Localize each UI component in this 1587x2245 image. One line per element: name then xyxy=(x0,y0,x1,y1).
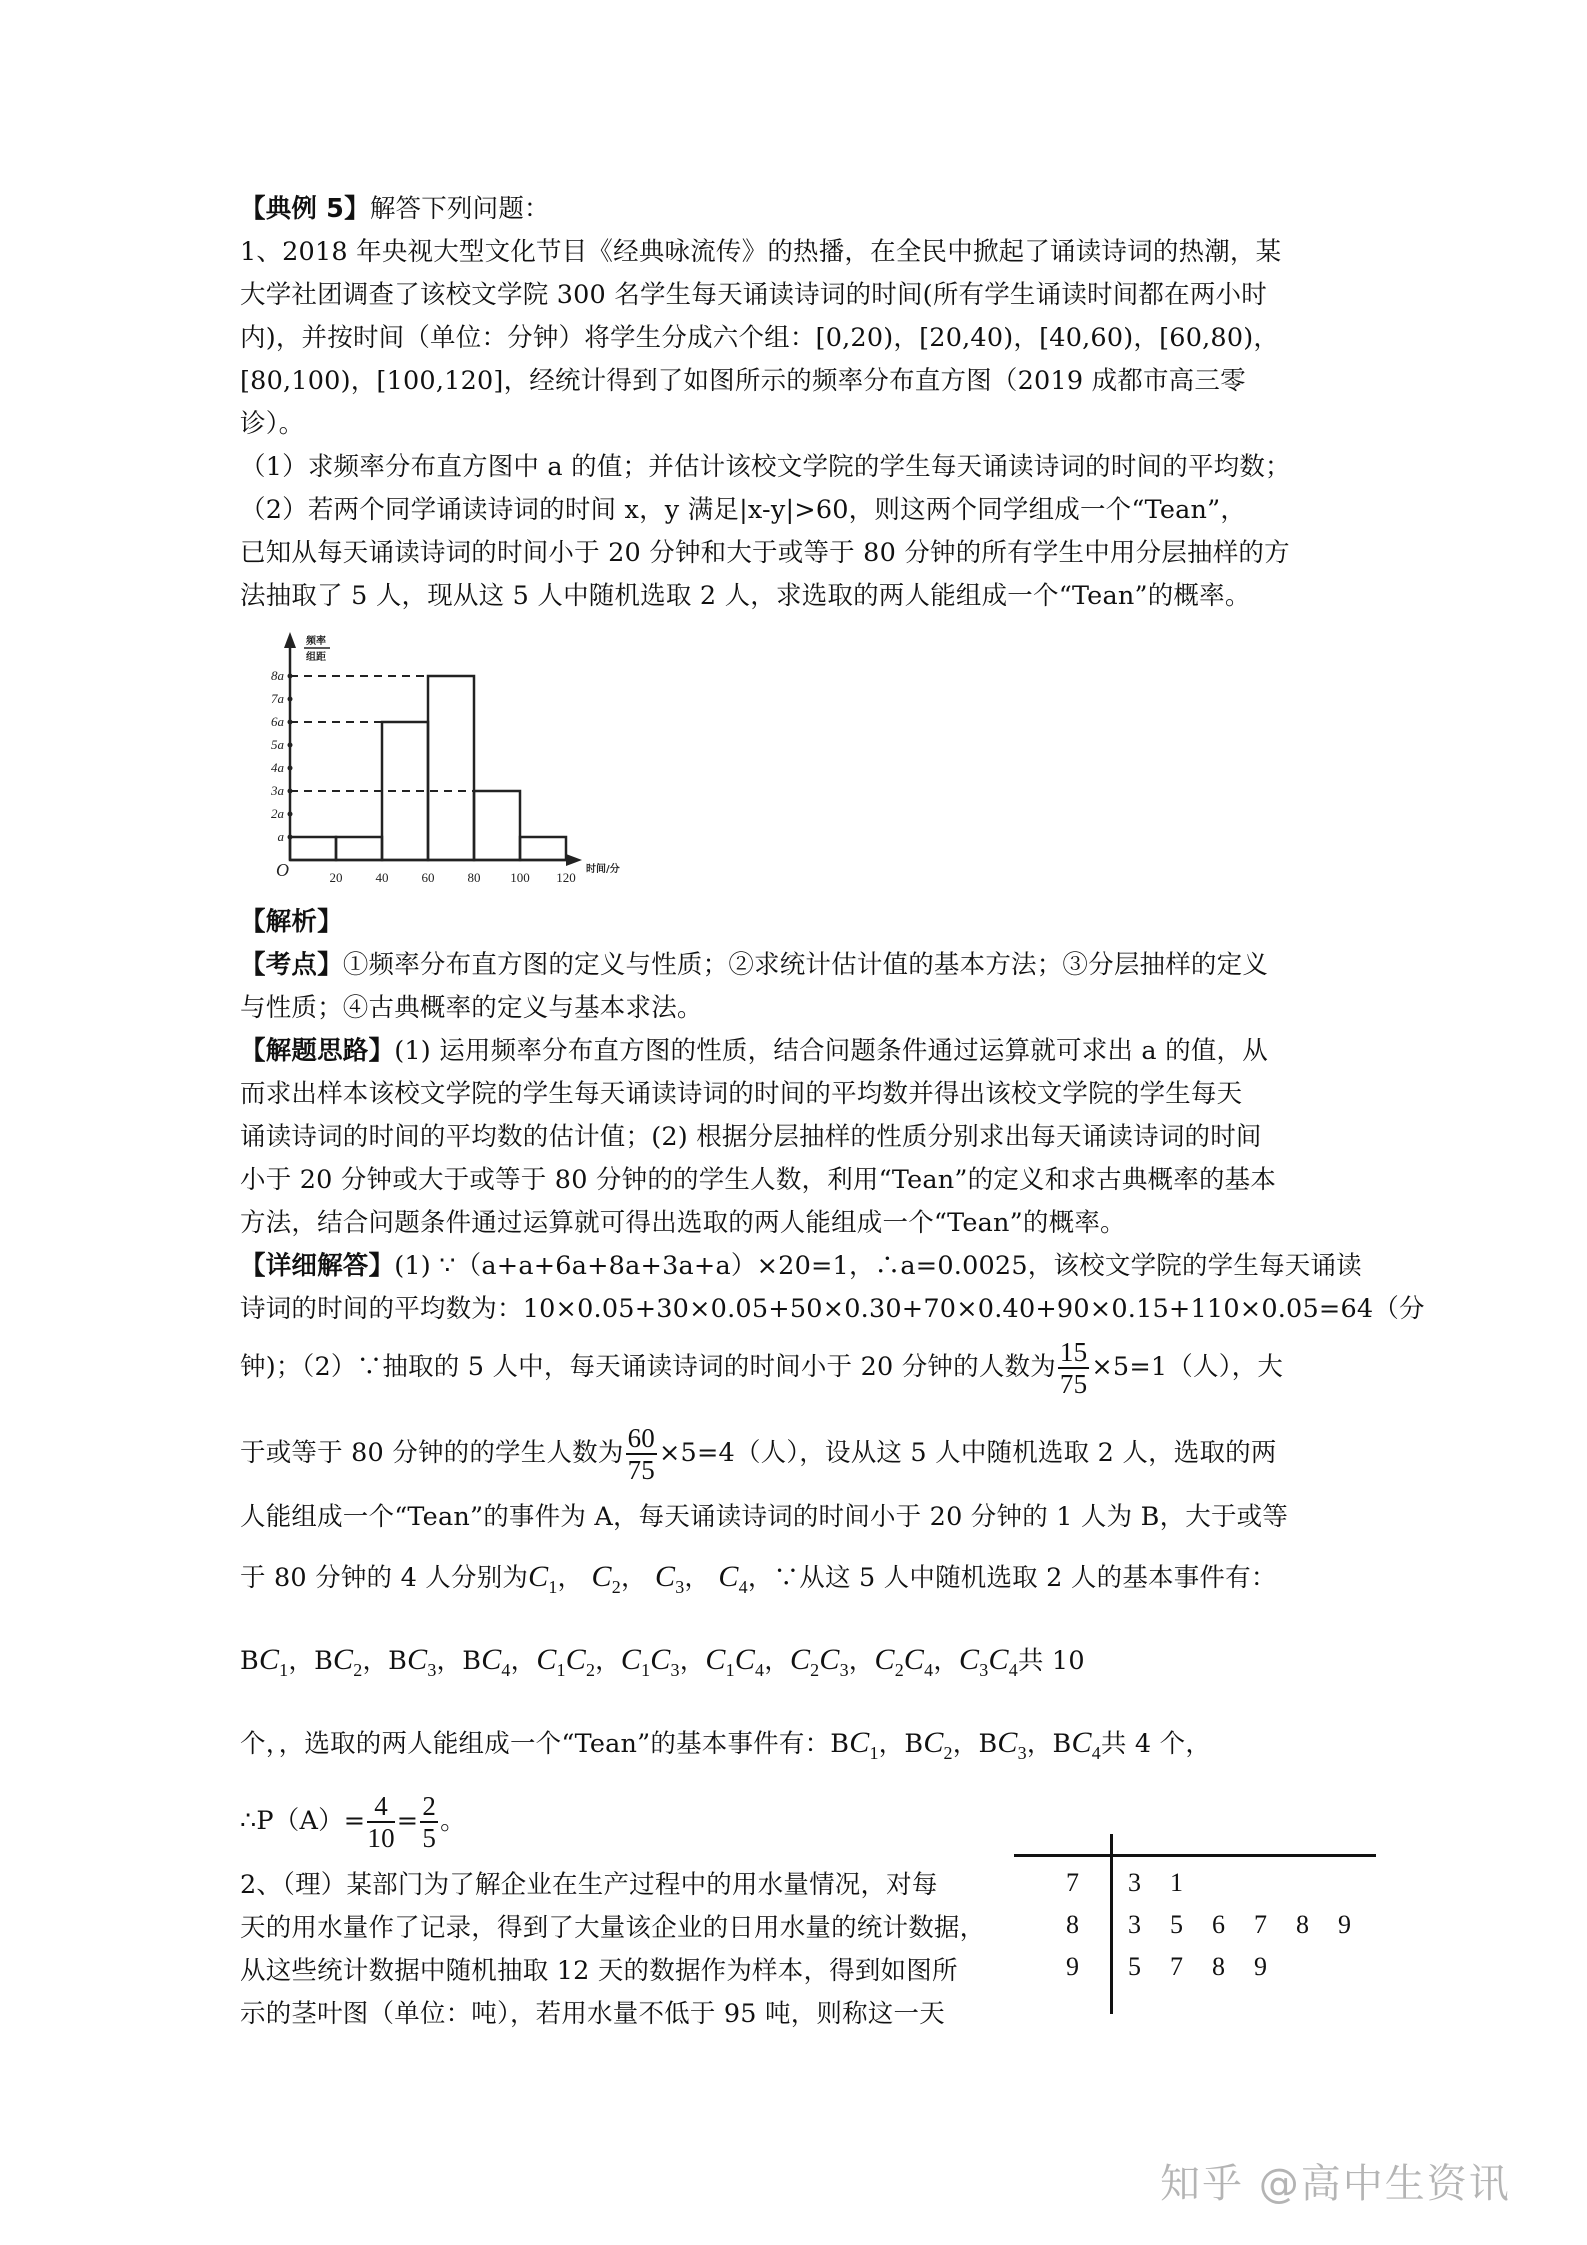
svg-text:O: O xyxy=(276,860,289,880)
denominator: 10 xyxy=(367,1823,394,1853)
jieda-line: 钟)；（2）∵抽取的 5 人中，每天诵读诗词的时间小于 20 分钟的人数为157… xyxy=(240,1332,1283,1402)
example-instruction: 解答下列问题： xyxy=(370,194,550,224)
histogram-bar xyxy=(336,837,382,860)
problem1-line: [80,100)，[100,120]，经统计得到了如图所示的频率分布直方图（20… xyxy=(240,364,1246,398)
analysis-heading: 【解析】 xyxy=(240,905,343,939)
events-tean-list: BC1，BC2，BC3，BC4 xyxy=(830,1729,1101,1759)
basic-event: BC3 xyxy=(978,1729,1026,1759)
prob-label: ∴P（A）= xyxy=(240,1806,365,1836)
y-tick-label: 6a xyxy=(271,714,285,729)
jieda-tag: 【详细解答】 xyxy=(240,1251,394,1281)
equals-sign: = xyxy=(397,1806,419,1836)
basic-event: C2C3 xyxy=(790,1646,849,1676)
x-tick-label: 20 xyxy=(330,870,343,885)
silu-line: 而求出样本该校文学院的学生每天诵读诗词的时间的平均数并得出该校文学院的学生每天 xyxy=(240,1077,1242,1111)
kaodian-line: 【考点】①频率分布直方图的定义与性质；②求统计估计值的基本方法；③分层抽样的定义 xyxy=(240,948,1268,982)
denominator: 75 xyxy=(1058,1369,1089,1399)
leaf-value: 7 xyxy=(1170,1952,1183,1982)
svg-text:频率: 频率 xyxy=(306,634,326,647)
jieda-text: 个，，选取的两人能组成一个“Tean”的基本事件有： xyxy=(240,1729,830,1759)
basic-event: C1C4 xyxy=(705,1646,764,1676)
basic-event: BC1 xyxy=(830,1729,878,1759)
jieda-text: (1) ∵（a+a+6a+8a+3a+a）×20=1，∴a=0.0025，该校文… xyxy=(394,1251,1362,1281)
kaodian-line: 与性质；④古典概率的定义与基本求法。 xyxy=(240,991,703,1025)
numerator: 4 xyxy=(367,1791,394,1823)
leaf-value: 8 xyxy=(1212,1952,1225,1982)
leaf-value: 3 xyxy=(1128,1868,1141,1898)
probability-line: ∴P（A）=410=25。 xyxy=(240,1786,466,1856)
histogram-bar xyxy=(290,837,336,860)
numerator: 60 xyxy=(626,1423,657,1455)
c-label: C4 xyxy=(718,1560,747,1593)
events-count: 共 4 个， xyxy=(1101,1729,1211,1759)
question-1: （1）求频率分布直方图中 a 的值；并估计该校文学院的学生每天诵读诗词的时间的平… xyxy=(240,450,1291,484)
x-tick-label: 80 xyxy=(468,870,481,885)
frequency-histogram: a2a3a4a5a6a7a8a 20406080100120 O 频率 组距 时… xyxy=(240,620,620,900)
stem-leaf-hline xyxy=(1014,1854,1376,1857)
x-tick-label: 40 xyxy=(376,870,389,885)
silu-line: 小于 20 分钟或大于或等于 80 分钟的的学生人数，利用“Tean”的定义和求… xyxy=(240,1163,1276,1197)
leaf-value: 1 xyxy=(1170,1868,1183,1898)
watermark: 知乎 @高中生资讯 xyxy=(1160,2152,1511,2209)
jieda-line: 人能组成一个“Tean”的事件为 A，每天诵读诗词的时间小于 20 分钟的 1 … xyxy=(240,1500,1288,1534)
events-count: 共 10 xyxy=(1018,1646,1085,1676)
stem-leaf-plot: 731835678995789 xyxy=(1008,1846,1388,2016)
basic-event: C2C4 xyxy=(875,1646,934,1676)
c-label: C2 xyxy=(592,1560,621,1593)
stem-leaf-vline xyxy=(1110,1834,1113,2014)
denominator: 5 xyxy=(420,1823,438,1853)
denominator: 75 xyxy=(626,1455,657,1485)
x-tick-label: 60 xyxy=(422,870,435,885)
problem2-line: 天的用水量作了记录，得到了大量该企业的日用水量的统计数据， xyxy=(240,1911,985,1945)
leaf-value: 3 xyxy=(1128,1910,1141,1940)
x-tick-label: 100 xyxy=(510,870,530,885)
events-all-list: BC1，BC2，BC3，BC4，C1C2，C1C3，C1C4，C2C3，C2C4… xyxy=(240,1646,1018,1676)
stem-value: 9 xyxy=(1066,1952,1079,1982)
histogram-bar xyxy=(474,791,520,860)
basic-event: BC4 xyxy=(1053,1729,1101,1759)
example-header: 【典例 5】解答下列问题： xyxy=(240,192,550,226)
y-tick-label: 5a xyxy=(271,737,285,752)
basic-event: BC2 xyxy=(904,1729,952,1759)
basic-event: BC2 xyxy=(314,1646,362,1676)
basic-event: C1C2 xyxy=(536,1646,595,1676)
problem1-line: 诊）。 xyxy=(240,407,304,441)
jieda-text: ×5=1（人），大 xyxy=(1091,1352,1283,1382)
events-all-line: BC1，BC2，BC3，BC4，C1C2，C1C3，C1C4，C2C3，C2C4… xyxy=(240,1643,1085,1687)
silu-line: 【解题思路】(1) 运用频率分布直方图的性质，结合问题条件通过运算就可求出 a … xyxy=(240,1034,1268,1068)
basic-event: C3C4 xyxy=(959,1646,1018,1676)
jieda-text: ，∵从这 5 人中随机选取 2 人的基本事件有： xyxy=(748,1563,1277,1593)
histogram-bar xyxy=(428,676,474,860)
stem-value: 7 xyxy=(1066,1868,1079,1898)
leaf-value: 6 xyxy=(1212,1910,1225,1940)
example-tag: 【典例 5】 xyxy=(240,194,370,224)
y-tick-label: 7a xyxy=(271,691,285,706)
leaf-value: 8 xyxy=(1296,1910,1309,1940)
histogram-bar xyxy=(520,837,566,860)
numerator: 2 xyxy=(420,1791,438,1823)
silu-text: (1) 运用频率分布直方图的性质，结合问题条件通过运算就可求出 a 的值，从 xyxy=(394,1036,1268,1066)
silu-line: 诵读诗词的时间的平均数的估计值；(2) 根据分层抽样的性质分别求出每天诵读诗词的… xyxy=(240,1120,1262,1154)
problem1-line: 1、2018 年央视大型文化节目《经典咏流传》的热播，在全民中掀起了诵读诗词的热… xyxy=(240,235,1281,269)
jieda-text: 于或等于 80 分钟的的学生人数为 xyxy=(240,1438,624,1468)
problem1-line: 大学社团调查了该校文学院 300 名学生每天诵读诗词的时间(所有学生诵读时间都在… xyxy=(240,278,1267,312)
svg-text:组距: 组距 xyxy=(306,650,326,663)
x-axis-arrow-icon xyxy=(566,854,582,866)
fraction-2-5: 25 xyxy=(420,1791,438,1853)
silu-line: 方法，结合问题条件通过运算就可得出选取的两人能组成一个“Tean”的概率。 xyxy=(240,1206,1126,1240)
c-label: C1 xyxy=(528,1560,557,1593)
jieda-line: 于或等于 80 分钟的的学生人数为6075×5=4（人），设从这 5 人中随机选… xyxy=(240,1418,1277,1488)
period: 。 xyxy=(440,1806,466,1836)
problem2-line: 从这些统计数据中随机抽取 12 天的数据作为样本，得到如图所 xyxy=(240,1954,958,1988)
stem-value: 8 xyxy=(1066,1910,1079,1940)
jieda-line: 于 80 分钟的 4 人分别为C1， C2， C3， C4，∵从这 5 人中随机… xyxy=(240,1560,1277,1604)
y-axis-arrow-icon xyxy=(284,632,296,648)
leaf-value: 5 xyxy=(1128,1952,1141,1982)
c-label: C3 xyxy=(655,1560,684,1593)
leaf-value: 5 xyxy=(1170,1910,1183,1940)
problem2-line: 2、（理）某部门为了解企业在生产过程中的用水量情况，对每 xyxy=(240,1868,938,1902)
fraction-15-75: 1575 xyxy=(1058,1337,1089,1399)
kaodian-tag: 【考点】 xyxy=(240,950,343,980)
fraction-4-10: 410 xyxy=(367,1791,394,1853)
leaf-value: 7 xyxy=(1254,1910,1267,1940)
basic-event: C1C3 xyxy=(621,1646,680,1676)
x-tick-label: 120 xyxy=(556,870,576,885)
events-tean-line: 个，，选取的两人能组成一个“Tean”的基本事件有：BC1，BC2，BC3，BC… xyxy=(240,1726,1211,1770)
c-labels: C1， C2， C3， C4 xyxy=(528,1563,748,1593)
kaodian-text: ①频率分布直方图的定义与性质；②求统计估计值的基本方法；③分层抽样的定义 xyxy=(343,950,1268,980)
problem1-line: 法抽取了 5 人，现从这 5 人中随机选取 2 人，求选取的两人能组成一个“Te… xyxy=(240,579,1251,613)
y-tick-label: a xyxy=(278,829,285,844)
problem1-line: 内)，并按时间（单位：分钟）将学生分成六个组：[0,20)，[20,40)，[4… xyxy=(240,321,1279,355)
jieda-line: 诗词的时间的平均数为：10×0.05+30×0.05+50×0.30+70×0.… xyxy=(240,1292,1425,1326)
jieda-text: 于 80 分钟的 4 人分别为 xyxy=(240,1563,528,1593)
jieda-line: 【详细解答】(1) ∵（a+a+6a+8a+3a+a）×20=1，∴a=0.00… xyxy=(240,1249,1362,1283)
leaf-value: 9 xyxy=(1254,1952,1267,1982)
y-tick-label: 2a xyxy=(271,806,285,821)
y-tick-label: 4a xyxy=(271,760,285,775)
leaf-value: 9 xyxy=(1338,1910,1351,1940)
problem1-line: 已知从每天诵读诗词的时间小于 20 分钟和大于或等于 80 分钟的所有学生中用分… xyxy=(240,536,1290,570)
basic-event: BC1 xyxy=(240,1646,288,1676)
y-tick-label: 8a xyxy=(271,668,285,683)
jieda-text: 钟)；（2）∵抽取的 5 人中，每天诵读诗词的时间小于 20 分钟的人数为 xyxy=(240,1352,1056,1382)
jieda-text: ×5=4（人），设从这 5 人中随机选取 2 人，选取的两 xyxy=(659,1438,1277,1468)
fraction-60-75: 6075 xyxy=(626,1423,657,1485)
question-2: （2）若两个同学诵读诗词的时间 x，y 满足|x-y|>60，则这两个同学组成一… xyxy=(240,493,1246,527)
basic-event: BC4 xyxy=(462,1646,510,1676)
numerator: 15 xyxy=(1058,1337,1089,1369)
basic-event: BC3 xyxy=(388,1646,436,1676)
silu-tag: 【解题思路】 xyxy=(240,1036,394,1066)
y-tick-label: 3a xyxy=(270,783,285,798)
problem2-line: 示的茎叶图（单位：吨），若用水量不低于 95 吨，则称这一天 xyxy=(240,1997,945,2031)
svg-text:时间/分钟: 时间/分钟 xyxy=(586,862,620,875)
